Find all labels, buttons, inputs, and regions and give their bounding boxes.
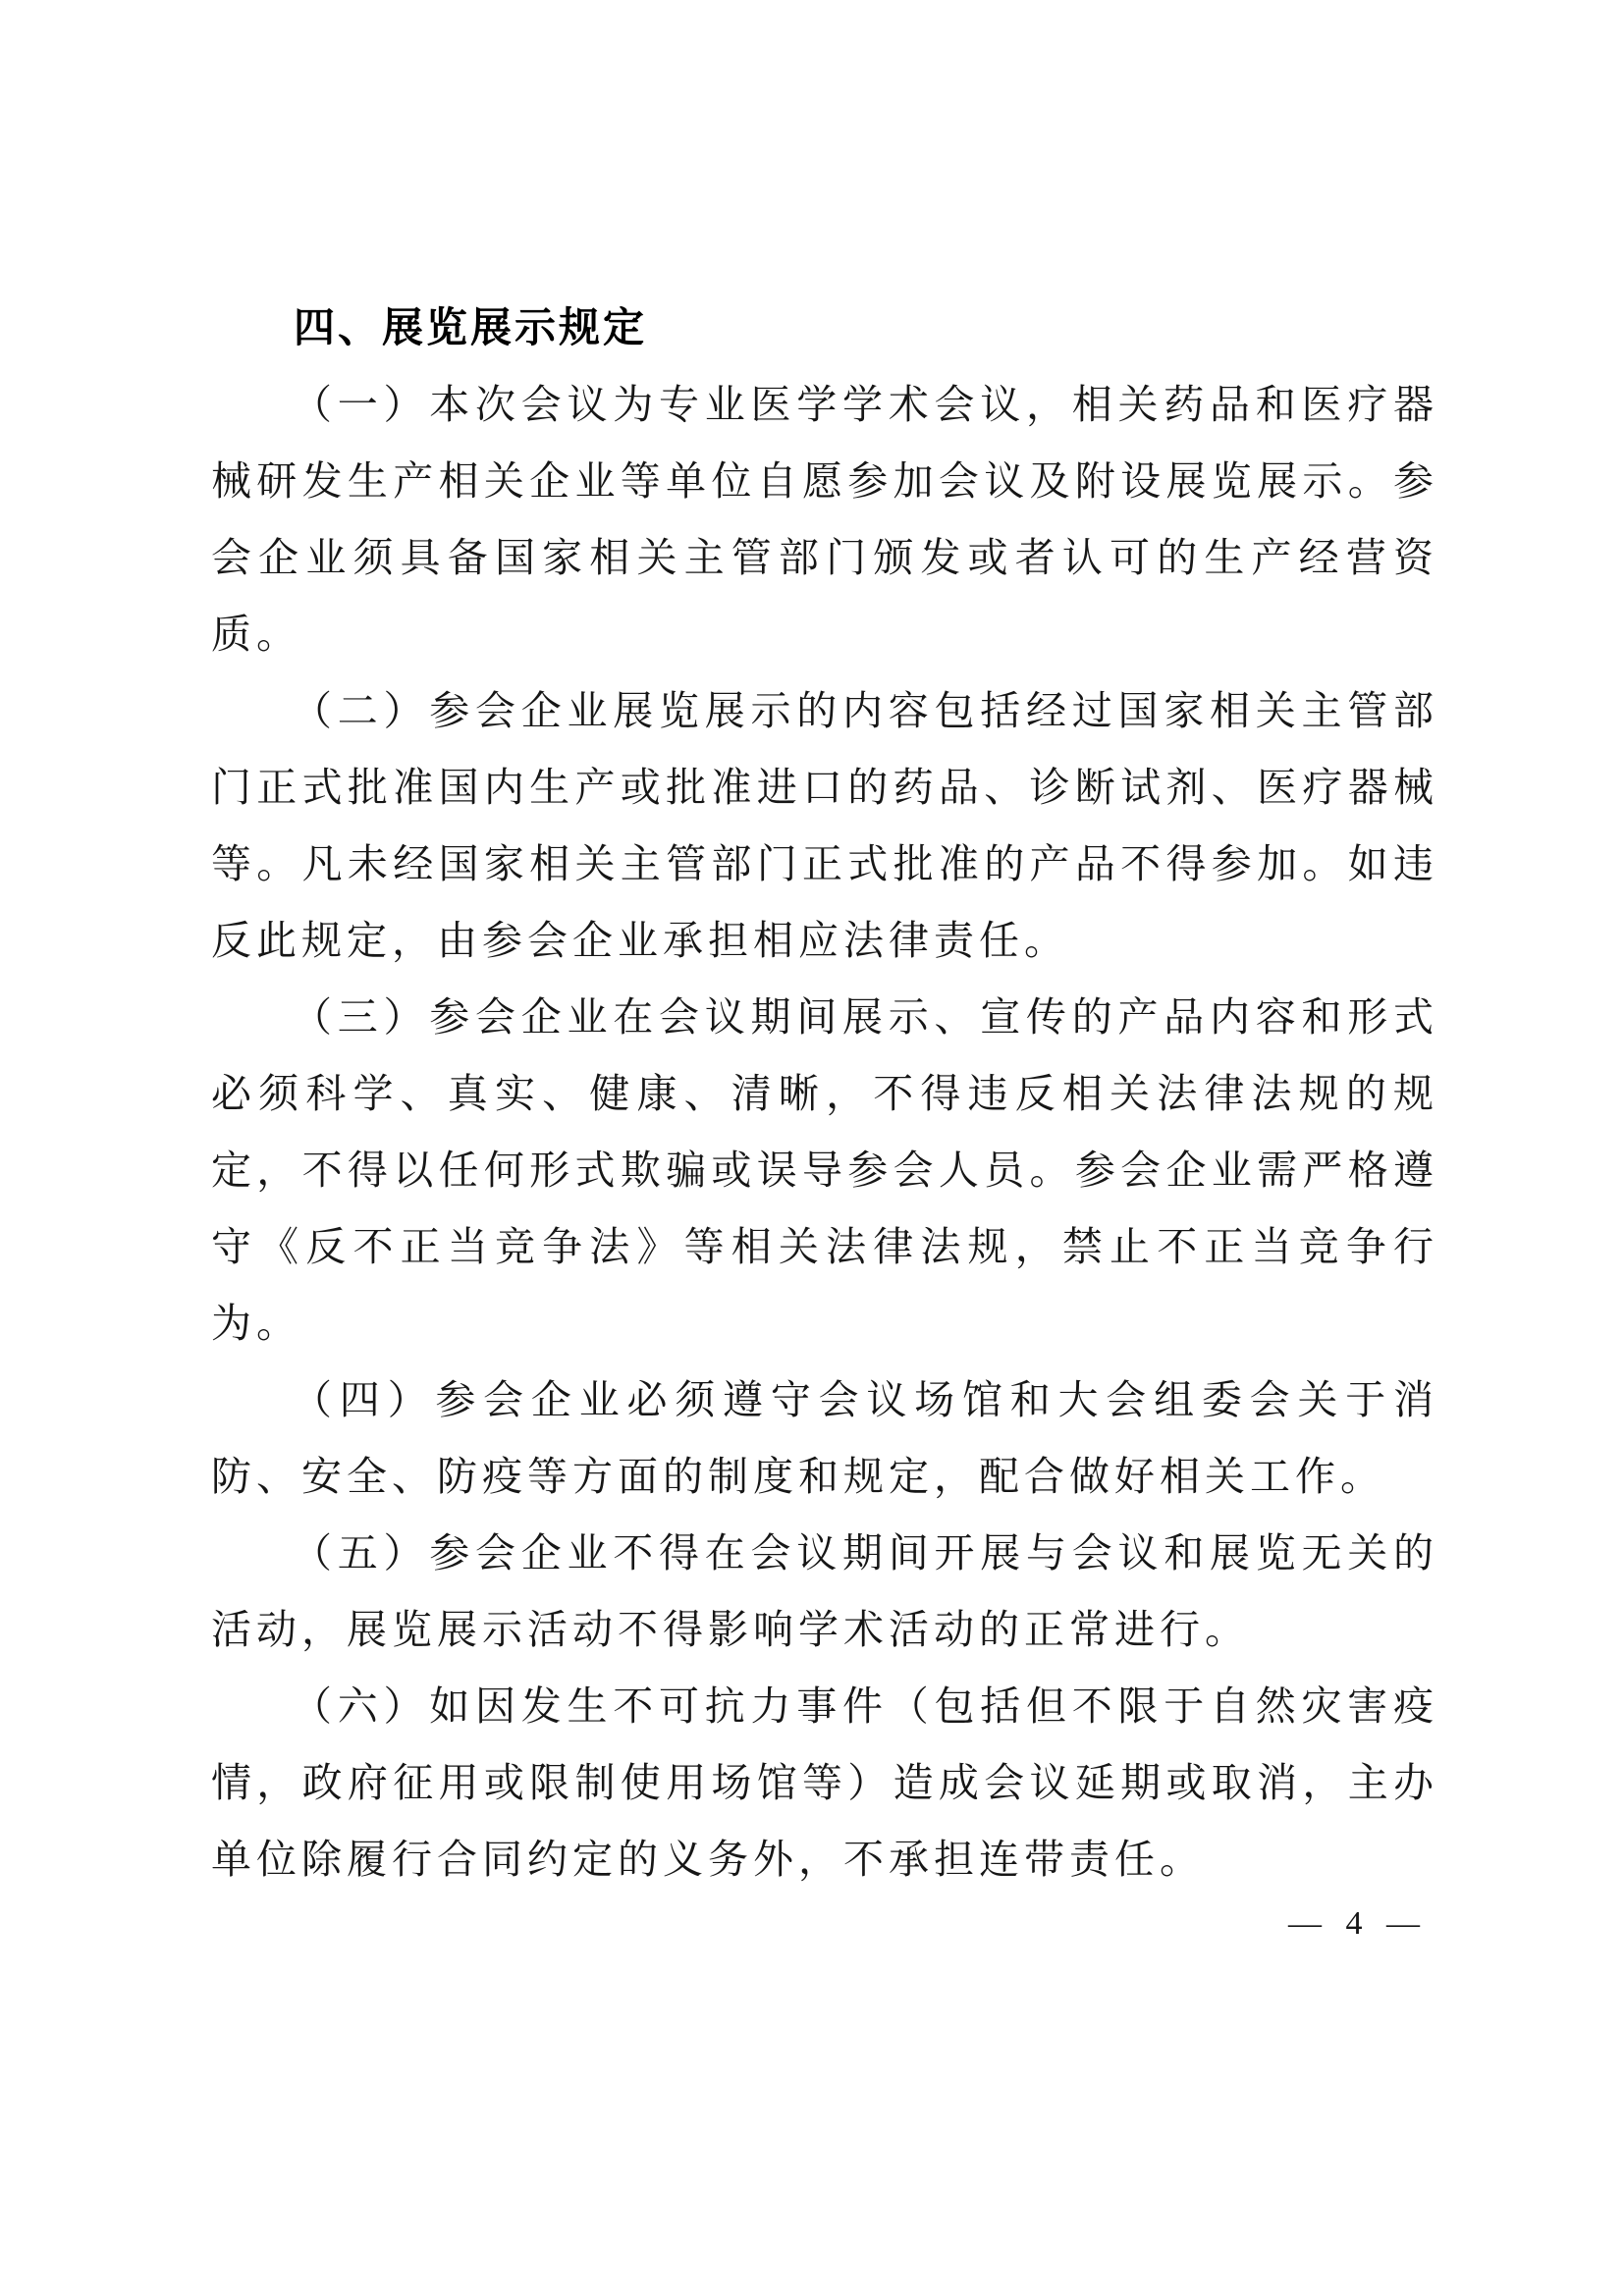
paragraph-6: （六）如因发生不可抗力事件（包括但不限于自然灾害疫情，政府征用或限制使用场馆等）… <box>211 1668 1438 1897</box>
paragraph-3: （三）参会企业在会议期间展示、宣传的产品内容和形式必须科学、真实、健康、清晰，不… <box>211 979 1438 1362</box>
paragraph-1: （一）本次会议为专业医学学术会议，相关药品和医疗器械研发生产相关企业等单位自愿参… <box>211 366 1438 672</box>
paragraph-2: （二）参会企业展览展示的内容包括经过国家相关主管部门正式批准国内生产或批准进口的… <box>211 672 1438 979</box>
document-page: 四、展览展示规定 （一）本次会议为专业医学学术会议，相关药品和医疗器械研发生产相… <box>0 0 1624 2296</box>
section-heading: 四、展览展示规定 <box>211 290 1438 366</box>
paragraph-4: （四）参会企业必须遵守会议场馆和大会组委会关于消防、安全、防疫等方面的制度和规定… <box>211 1362 1438 1515</box>
document-body: 四、展览展示规定 （一）本次会议为专业医学学术会议，相关药品和医疗器械研发生产相… <box>211 290 1438 1897</box>
page-number: — 4 — <box>1288 1905 1428 1943</box>
paragraph-5: （五）参会企业不得在会议期间开展与会议和展览无关的活动，展览展示活动不得影响学术… <box>211 1515 1438 1668</box>
